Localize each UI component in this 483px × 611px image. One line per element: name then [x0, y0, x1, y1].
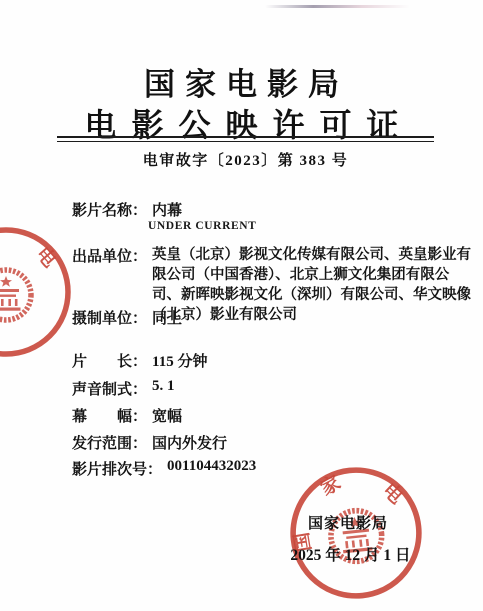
- title-divider-rule: [57, 136, 434, 142]
- screen-format-row: 幕 幅： 宽幅: [72, 405, 182, 426]
- film-english-title: UNDER CURRENT: [148, 220, 256, 232]
- permit-number: 电审故字〔2023〕第 383 号: [57, 149, 434, 170]
- distribution-scope-label: 发行范围：: [72, 432, 147, 453]
- film-title-label: 影片名称：: [72, 199, 147, 220]
- issuer-name: 国家电影局: [268, 512, 428, 533]
- producers-value: 英皇（北京）影视文化传媒有限公司、英皇影业有限公司（中国香港）、北京上狮文化集团…: [152, 245, 476, 325]
- sound-format-label: 声音制式：: [72, 378, 147, 399]
- official-seal-partial-icon: [0, 222, 76, 362]
- screen-format-value: 宽幅: [152, 405, 182, 426]
- film-title-row: 影片名称： 内幕: [72, 199, 182, 220]
- sound-format-value: 5. 1: [152, 378, 175, 395]
- issue-date: 2025 年 12 月 1 日: [263, 543, 438, 565]
- sound-format-row: 声音制式： 5. 1: [72, 378, 175, 399]
- runtime-label: 片 长：: [72, 350, 147, 371]
- distribution-scope-value: 国内外发行: [152, 432, 227, 453]
- producers-label: 出品单位：: [72, 245, 147, 266]
- film-title-value: 内幕: [152, 199, 182, 220]
- distribution-scope-row: 发行范围： 国内外发行: [72, 432, 227, 453]
- film-serial-row: 影片排次号： 001104432023: [72, 458, 256, 479]
- film-serial-label: 影片排次号：: [72, 458, 162, 479]
- runtime-value: 115 分钟: [152, 350, 207, 371]
- production-unit-row: 摄制单位： 同上: [72, 307, 182, 328]
- screen-format-label: 幕 幅：: [72, 405, 147, 426]
- film-serial-value: 001104432023: [167, 458, 256, 475]
- scan-artifact-line: [265, 5, 410, 8]
- production-unit-label: 摄制单位：: [72, 307, 147, 328]
- runtime-row: 片 长： 115 分钟: [72, 350, 207, 371]
- production-unit-value: 同上: [152, 307, 182, 328]
- agency-title: 国家电影局: [0, 59, 483, 104]
- film-permit-document: { "document": { "agency": "国家电影局", "titl…: [0, 0, 483, 611]
